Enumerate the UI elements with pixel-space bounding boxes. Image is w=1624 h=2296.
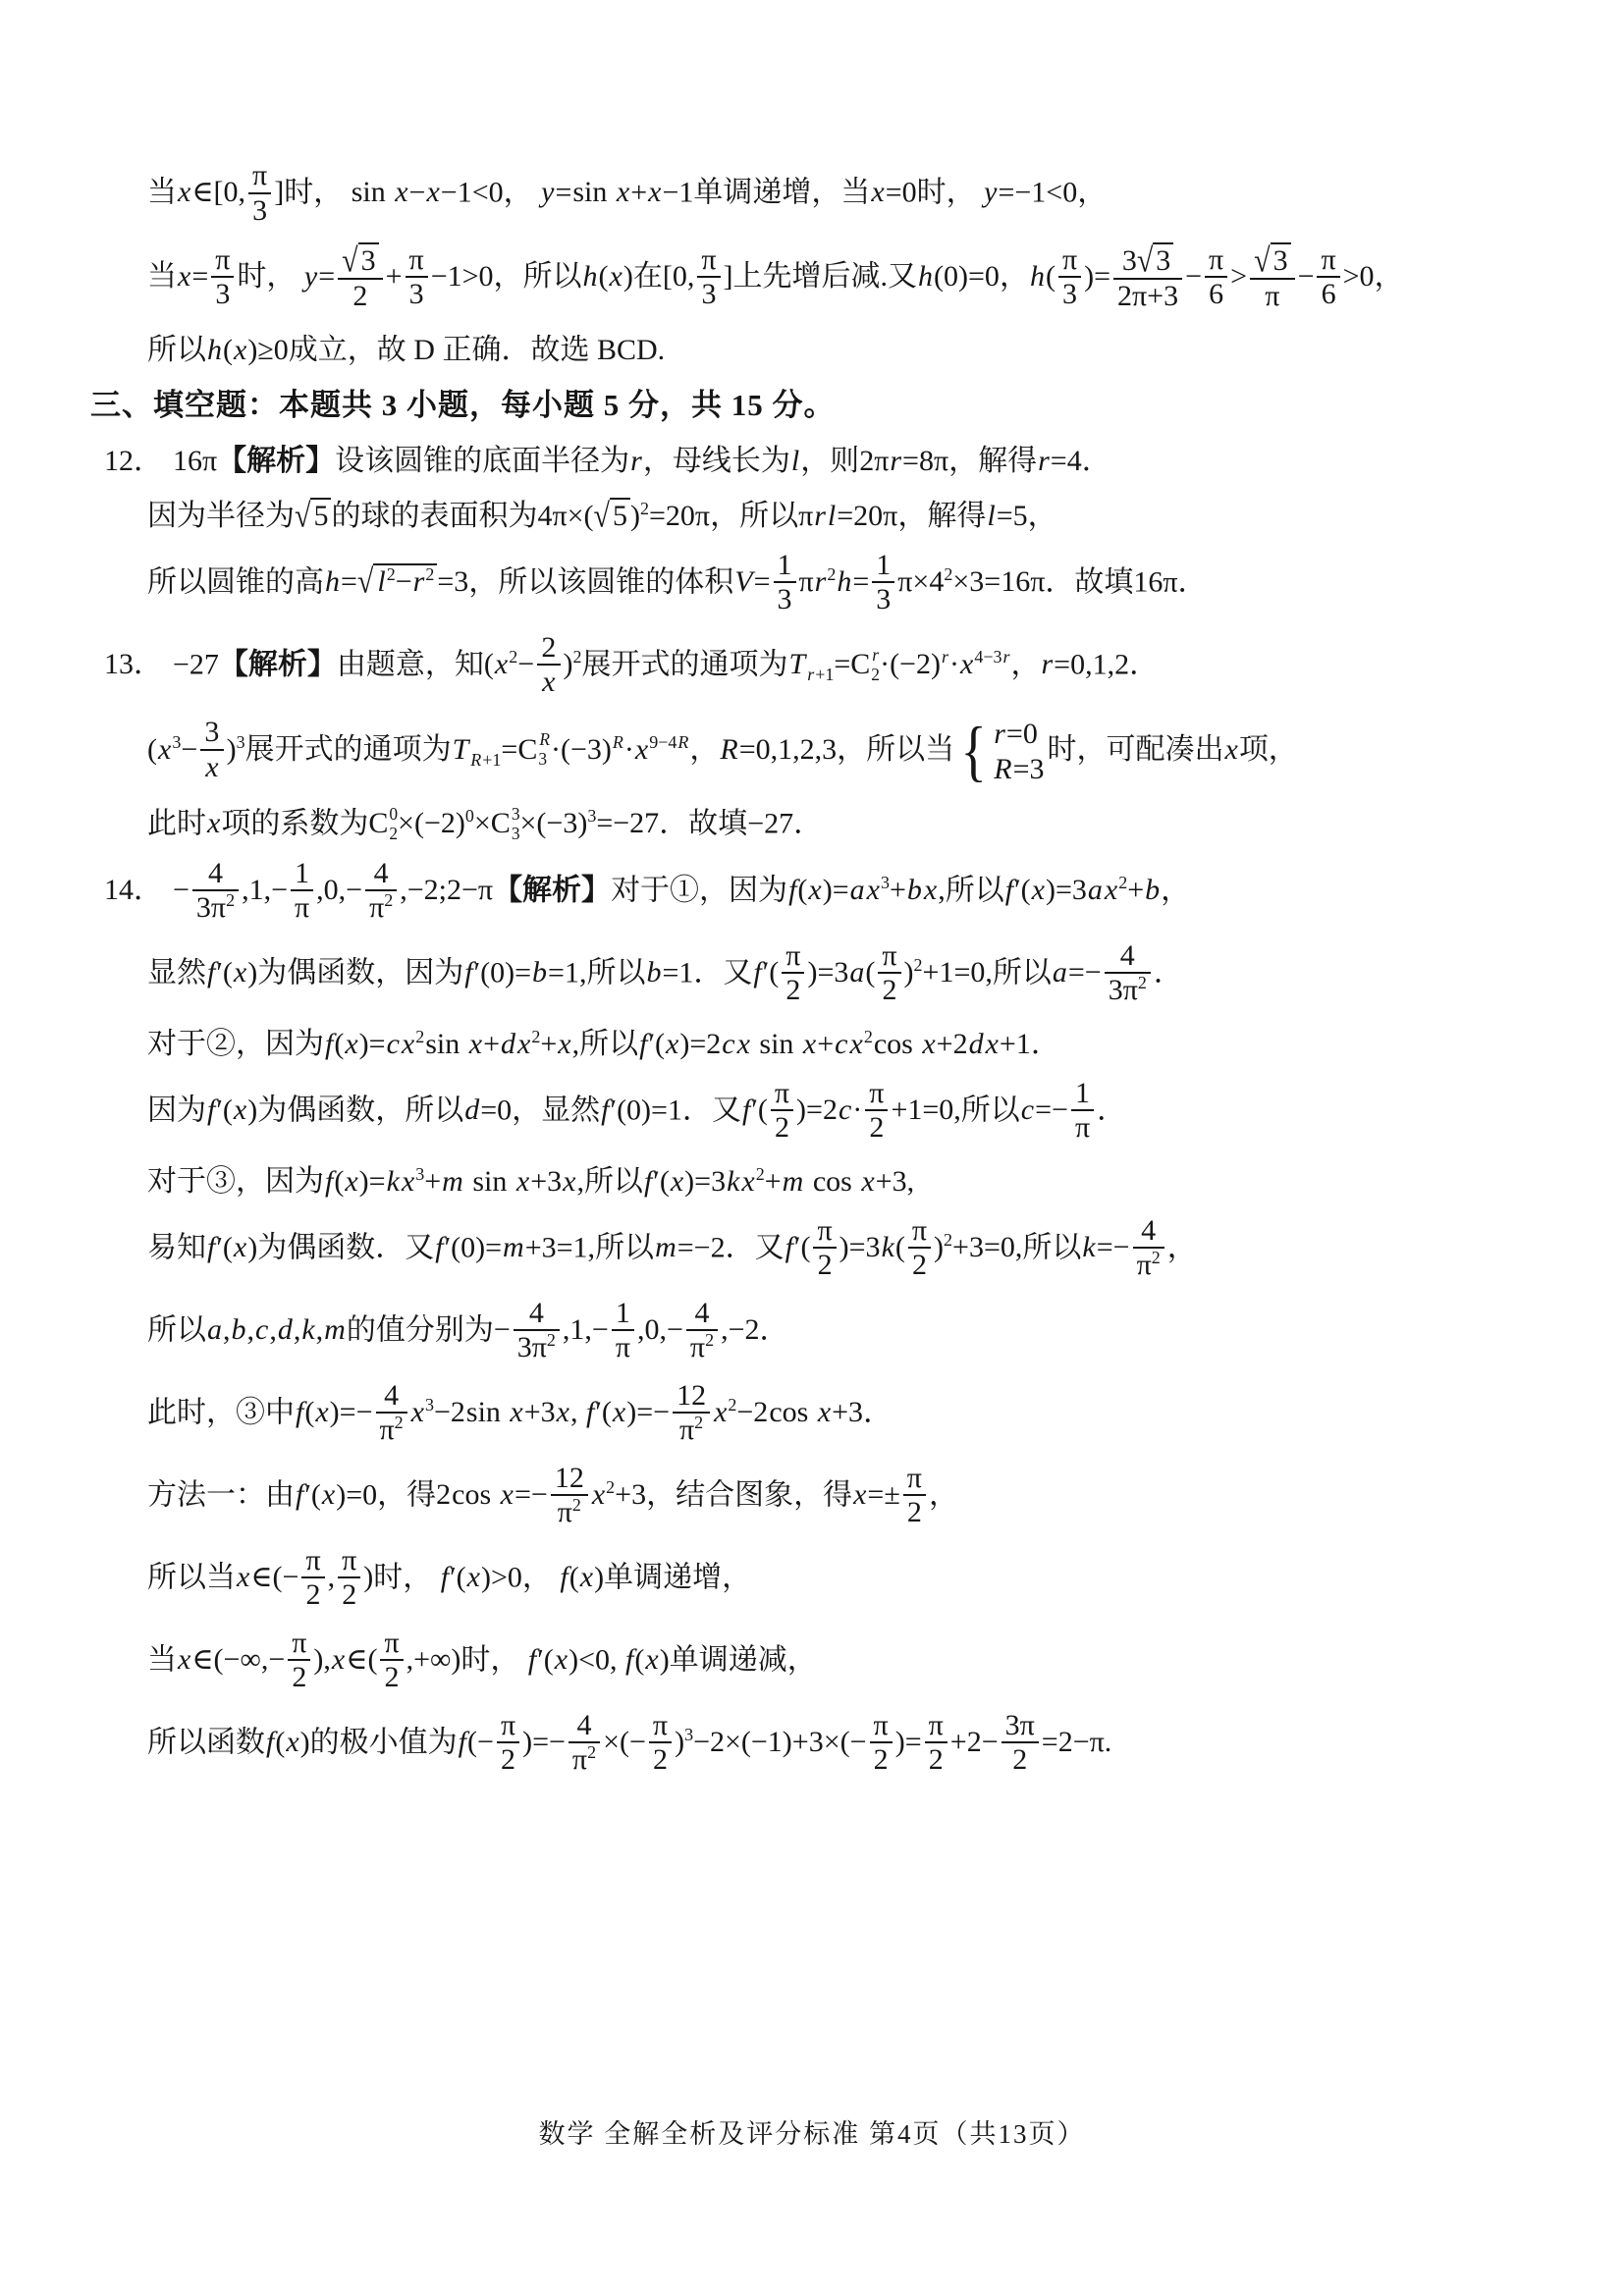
- bold-label: 三、填空题：本题共 3 小题，每小题 5 分，共 15 分。: [90, 388, 836, 422]
- math-expression: f′(π2)=3k(π2)2+3=0,: [785, 1231, 1023, 1263]
- text-run: 设该圆锥的底面半径为: [335, 445, 629, 477]
- math-expression: R=0,1,2,3: [719, 733, 837, 766]
- text-run: 此时，③中: [147, 1396, 295, 1428]
- text-run: 易知: [147, 1231, 206, 1263]
- math-expression: h(x)≥0: [206, 334, 289, 366]
- solution-line: 易知f′(x)为偶函数．又f′(0)=m+3=1,所以m=−2．又f′(π2)=…: [0, 1217, 1545, 1283]
- text-run: 为偶函数，因为: [257, 956, 463, 988]
- math-expression: a,b,c,d,k,m: [206, 1313, 347, 1346]
- text-run: 因为半径为: [147, 500, 295, 532]
- bold-label: 【解析】: [217, 445, 335, 477]
- solution-line: 此时x项的系数为C02×(−2)0×C33×(−3)3=−27．故填−27．: [0, 804, 1545, 843]
- math-expression: f(x)=kx3+m sin x+3x,: [324, 1165, 584, 1198]
- math-expression: f′(0)=b=1,: [463, 956, 586, 988]
- text-run: 因为: [147, 1094, 206, 1126]
- text-run: 为偶函数．又: [257, 1231, 434, 1263]
- math-expression: d=0: [463, 1094, 512, 1126]
- solution-line: 因为半径为√5的球的表面积为4π×(√5)2=20π，所以πrl=20π，解得l…: [0, 497, 1545, 535]
- text-run: ，: [689, 733, 719, 766]
- text-run: 所以: [586, 956, 645, 988]
- math-expression: f(x): [265, 1726, 310, 1758]
- math-expression: sin x−x−1<0: [351, 176, 504, 208]
- text-run: ，所以该圆锥的体积: [468, 565, 733, 598]
- text-run: 对于②，因为: [147, 1028, 324, 1060]
- text-run: 项，: [1239, 733, 1298, 766]
- text-run: 所以: [961, 1094, 1020, 1126]
- text-run: 所以: [1022, 1231, 1081, 1263]
- math-expression: −27: [747, 807, 793, 839]
- text-run: 单调递增，: [604, 1561, 751, 1593]
- math-expression: f(x)=−4π2x3−2sin x+3x,: [295, 1396, 578, 1428]
- solution-line: 当x∈[0,π3]时， sin x−x−1<0， y=sin x+x−1单调递增…: [0, 162, 1545, 228]
- text-run: 所以当: [147, 1561, 236, 1593]
- solution-line: 此时，③中f(x)=−4π2x3−2sin x+3x, f′(x)=−12π2x…: [0, 1382, 1545, 1448]
- question-solution-line: 12．16π【解析】设该圆锥的底面半径为r，母线长为l，则2πr=8π，解得r=…: [0, 442, 1545, 480]
- math-expression: 16π: [1133, 565, 1177, 598]
- text-run: ．: [1031, 1028, 1060, 1060]
- text-run: 由题意，知: [337, 648, 484, 680]
- math-expression: x∈(−∞,−π2),x∈(π2,+∞): [177, 1643, 460, 1676]
- text-run: ，所以: [494, 260, 582, 293]
- text-run: 时，: [460, 1643, 527, 1676]
- solution-line: 方法一：由f′(x)=0，得2cos x=−12π2x2+3，结合图象，得x=±…: [0, 1465, 1545, 1530]
- solution-line: 因为f′(x)为偶函数，所以d=0，显然f′(0)=1．又f′(π2)=2c·π…: [0, 1080, 1545, 1146]
- math-expression: Tr+1=Cr2·(−2)r·x4−3r: [788, 648, 1011, 680]
- text-run: 所以: [946, 874, 1004, 906]
- text-run: ，所以当: [837, 733, 954, 766]
- text-run: 对于①，因为: [611, 874, 787, 906]
- math-expression: f′(0)=1: [600, 1094, 682, 1126]
- math-expression: f(x)=ax3+bx,: [787, 874, 946, 906]
- math-expression: h(π3)=3√32π+3−π6>√3π−π6>0: [1029, 260, 1375, 293]
- text-run: 时，可配凑出: [1047, 733, 1223, 766]
- text-run: 显然: [147, 956, 206, 988]
- math-expression: (x2−2x)2: [484, 648, 582, 680]
- text-run: ．: [793, 807, 823, 839]
- text-run: 时，: [284, 176, 351, 208]
- text-run: [618, 1643, 625, 1676]
- text-run: 在: [633, 260, 663, 293]
- text-run: ，显然: [512, 1094, 600, 1126]
- text-run: [578, 1396, 586, 1428]
- page-footer: 数学 全解全析及评分标准 第4页（共13页）: [0, 2112, 1624, 2151]
- text-run: ．又: [726, 1231, 785, 1263]
- math-expression: x: [206, 807, 221, 839]
- math-expression: b=1: [645, 956, 693, 988]
- text-run: 所以: [584, 1165, 643, 1198]
- text-run: ，: [1000, 260, 1029, 293]
- math-expression: (x3−3x)3: [147, 733, 245, 766]
- solution-line: 显然f′(x)为偶函数，因为f′(0)=b=1,所以b=1．又f′(π2)=3a…: [0, 942, 1545, 1008]
- solution-line: 所以圆锥的高h=√l2−r2=3，所以该圆锥的体积V=13πr2h=13π×42…: [0, 552, 1545, 617]
- math-expression: √5: [295, 500, 331, 532]
- text-run: ．: [1082, 445, 1111, 477]
- text-run: 展开式的通项为: [582, 648, 788, 680]
- text-run: 当: [147, 176, 177, 208]
- solution-line: 当x=π3时， y=√32+π3−1>0，所以h(x)在[0,π3]上先增后减.…: [0, 244, 1545, 314]
- math-expression: −43π2,1,−1π,0,−4π2,−2;2−π: [173, 874, 493, 906]
- document-page: 当x∈[0,π3]时， sin x−x−1<0， y=sin x+x−1单调递增…: [0, 0, 1624, 2296]
- math-expression: −27: [173, 648, 219, 680]
- text-run: ．: [1097, 1094, 1126, 1126]
- question-number: 13．: [104, 648, 163, 680]
- text-run: ．: [863, 1396, 893, 1428]
- math-expression: f′(x): [206, 1094, 257, 1126]
- page-body: 当x∈[0,π3]时， sin x−x−1<0， y=sin x+x−1单调递增…: [0, 162, 1545, 1794]
- math-expression: h=√l2−r2=3: [324, 565, 468, 598]
- math-expression: f′(x)>0: [440, 1561, 522, 1593]
- math-expression: x∈(−π2,π2): [236, 1561, 373, 1593]
- math-expression: y=sin x+x−1: [540, 176, 693, 208]
- math-expression: [0,π3]: [663, 260, 733, 293]
- math-expression: x=±π2: [852, 1478, 929, 1511]
- math-expression: x∈[0,π3]: [177, 176, 284, 208]
- math-expression: r: [629, 445, 643, 477]
- text-run: 上先增后减.又: [733, 260, 918, 293]
- math-expression: l: [790, 445, 800, 477]
- text-run: 所以函数: [147, 1726, 265, 1758]
- math-expression: 16π: [173, 445, 217, 477]
- question-number: 12．: [104, 445, 163, 477]
- text-run: ．又: [693, 956, 752, 988]
- text-run: ，: [1161, 874, 1190, 906]
- text-run: 时，: [373, 1561, 440, 1593]
- math-expression: c=−1π: [1020, 1094, 1097, 1126]
- text-run: ，: [1010, 648, 1040, 680]
- text-run: ，母线长为: [643, 445, 790, 477]
- math-expression: f′(π2)=3a(π2)2+1=0,: [752, 956, 992, 988]
- text-run: 单调递增，当: [693, 176, 870, 208]
- math-expression: f′(x)=3kx2+m cos x+3,: [643, 1165, 914, 1198]
- solution-line: 所以函数f(x)的极小值为f(−π2)=−4π2×(−π2)3−2×(−1)+3…: [0, 1712, 1545, 1778]
- text-run: 成立，故 D 正确．故选 BCD.: [289, 334, 665, 366]
- math-expression: r=0,1,2: [1040, 648, 1129, 680]
- math-expression: a=−43π2: [1052, 956, 1154, 988]
- text-run: 的球的表面积为: [331, 500, 537, 532]
- math-expression: C02×(−2)0×C33×(−3)3=−27: [368, 807, 659, 839]
- math-expression: m=−2: [654, 1231, 726, 1263]
- text-run: ，则: [800, 445, 859, 477]
- text-run: 单调递减，: [670, 1643, 817, 1676]
- text-run: ．: [1178, 565, 1208, 598]
- text-run: ，: [1077, 176, 1107, 208]
- math-expression: f′(x)=0: [295, 1478, 377, 1511]
- math-expression: x=π3: [177, 260, 237, 293]
- text-run: ，: [1375, 260, 1404, 293]
- section-heading: 三、填空题：本题共 3 小题，每小题 5 分，共 15 分。: [0, 386, 1545, 425]
- text-run: ．: [1154, 956, 1183, 988]
- text-run: 的值分别为: [347, 1313, 494, 1346]
- math-expression: l=5: [986, 500, 1027, 532]
- solution-line: (x3−3x)3展开式的通项为TR+1=CR3·(−3)R·x9−4R，R=0,…: [0, 717, 1545, 787]
- text-run: 为偶函数，所以: [257, 1094, 463, 1126]
- math-expression: x: [1223, 733, 1238, 766]
- math-expression: πrl=20π: [798, 500, 897, 532]
- math-expression: y=√32+π3−1>0: [303, 260, 494, 293]
- math-expression: f′(x): [206, 956, 257, 988]
- text-run: ，: [522, 1561, 560, 1593]
- math-expression: 2πr=8π: [859, 445, 948, 477]
- math-expression: x=0: [870, 176, 916, 208]
- text-run: 所以: [579, 1028, 638, 1060]
- text-run: 所以: [147, 334, 206, 366]
- text-run: 方法一：由: [147, 1478, 295, 1511]
- text-run: 当: [147, 260, 177, 293]
- solution-line: 当x∈(−∞,−π2),x∈(π2,+∞)时， f′(x)<0, f(x)单调递…: [0, 1629, 1545, 1695]
- text-run: ．故填: [659, 807, 747, 839]
- math-expression: r=4: [1037, 445, 1082, 477]
- math-expression: −43π2,1,−1π,0,−4π2,−2: [494, 1313, 760, 1346]
- text-run: 时，: [237, 260, 303, 293]
- math-expression: f′(x): [206, 1231, 257, 1263]
- text-run: ，得: [377, 1478, 436, 1511]
- math-expression: f′(x)=2cx sin x+cx2cos x+2dx+1: [638, 1028, 1031, 1060]
- math-expression: f(x)=cx2sin x+dx2+x,: [324, 1028, 579, 1060]
- text-run: ，: [504, 176, 541, 208]
- text-run: 所以: [595, 1231, 654, 1263]
- math-expression: 2cos x=−12π2x2+3: [436, 1478, 646, 1511]
- text-run: ．故填: [1045, 565, 1133, 598]
- math-expression: 4π×(√5)2=20π: [537, 500, 710, 532]
- text-run: 的极小值为: [310, 1726, 458, 1758]
- text-run: ，结合图象，得: [646, 1478, 852, 1511]
- text-run: ，所以: [710, 500, 798, 532]
- math-expression: {r=0R=3: [954, 733, 1047, 766]
- math-expression: f(x): [624, 1643, 670, 1676]
- question-solution-line: 13．−27【解析】由题意，知(x2−2x)2展开式的通项为Tr+1=Cr2·(…: [0, 634, 1545, 700]
- math-expression: V=13πr2h=13π×42×3=16π: [733, 565, 1045, 598]
- text-run: 展开式的通项为: [245, 733, 452, 766]
- math-expression: f′(x)=3ax2+b: [1004, 874, 1161, 906]
- math-expression: TR+1=CR3·(−3)R·x9−4R: [452, 733, 690, 766]
- text-run: ，: [1028, 500, 1057, 532]
- math-expression: h(0)=0: [917, 260, 1000, 293]
- math-expression: k=−4π2: [1081, 1231, 1166, 1263]
- solution-line: 所以h(x)≥0成立，故 D 正确．故选 BCD.: [0, 331, 1545, 369]
- math-expression: y=−1<0: [983, 176, 1077, 208]
- solution-line: 所以a,b,c,d,k,m的值分别为−43π2,1,−1π,0,−4π2,−2．: [0, 1300, 1545, 1365]
- text-run: ．: [1129, 648, 1159, 680]
- text-run: 项的系数为: [221, 807, 368, 839]
- text-run: 时，: [917, 176, 984, 208]
- text-run: 所以圆锥的高: [147, 565, 324, 598]
- question-solution-line: 14．−43π2,1,−1π,0,−4π2,−2;2−π【解析】对于①，因为f(…: [0, 860, 1545, 926]
- text-run: ．: [759, 1313, 788, 1346]
- text-run: 所以: [993, 956, 1052, 988]
- bold-label: 【解析】: [493, 874, 611, 906]
- text-run: 当: [147, 1643, 177, 1676]
- question-number: 14．: [104, 874, 163, 906]
- math-expression: f′(π2)=2c·π2+1=0,: [741, 1094, 961, 1126]
- text-run: ，解得: [948, 445, 1037, 477]
- bold-label: 【解析】: [219, 648, 337, 680]
- text-run: 所以: [147, 1313, 206, 1346]
- text-run: ，: [1167, 1231, 1197, 1263]
- math-expression: f′(x)<0,: [527, 1643, 618, 1676]
- math-expression: f(−π2)=−4π2×(−π2)3−2×(−1)+3×(−π2)=π2+2−3…: [458, 1726, 1112, 1758]
- solution-line: 对于②，因为f(x)=cx2sin x+dx2+x,所以f′(x)=2cx si…: [0, 1025, 1545, 1063]
- solution-line: 对于③，因为f(x)=kx3+m sin x+3x,所以f′(x)=3kx2+m…: [0, 1162, 1545, 1201]
- solution-line: 所以当x∈(−π2,π2)时， f′(x)>0， f(x)单调递增，: [0, 1547, 1545, 1613]
- math-expression: f′(x)=−12π2x2−2cos x+3: [585, 1396, 863, 1428]
- text-run: ．又: [682, 1094, 741, 1126]
- text-run: ，解得: [897, 500, 986, 532]
- text-run: 此时: [147, 807, 206, 839]
- math-expression: h(x): [582, 260, 633, 293]
- math-expression: f′(0)=m+3=1,: [434, 1231, 595, 1263]
- text-run: 对于③，因为: [147, 1165, 324, 1198]
- text-run: ，: [929, 1478, 958, 1511]
- math-expression: f(x): [559, 1561, 604, 1593]
